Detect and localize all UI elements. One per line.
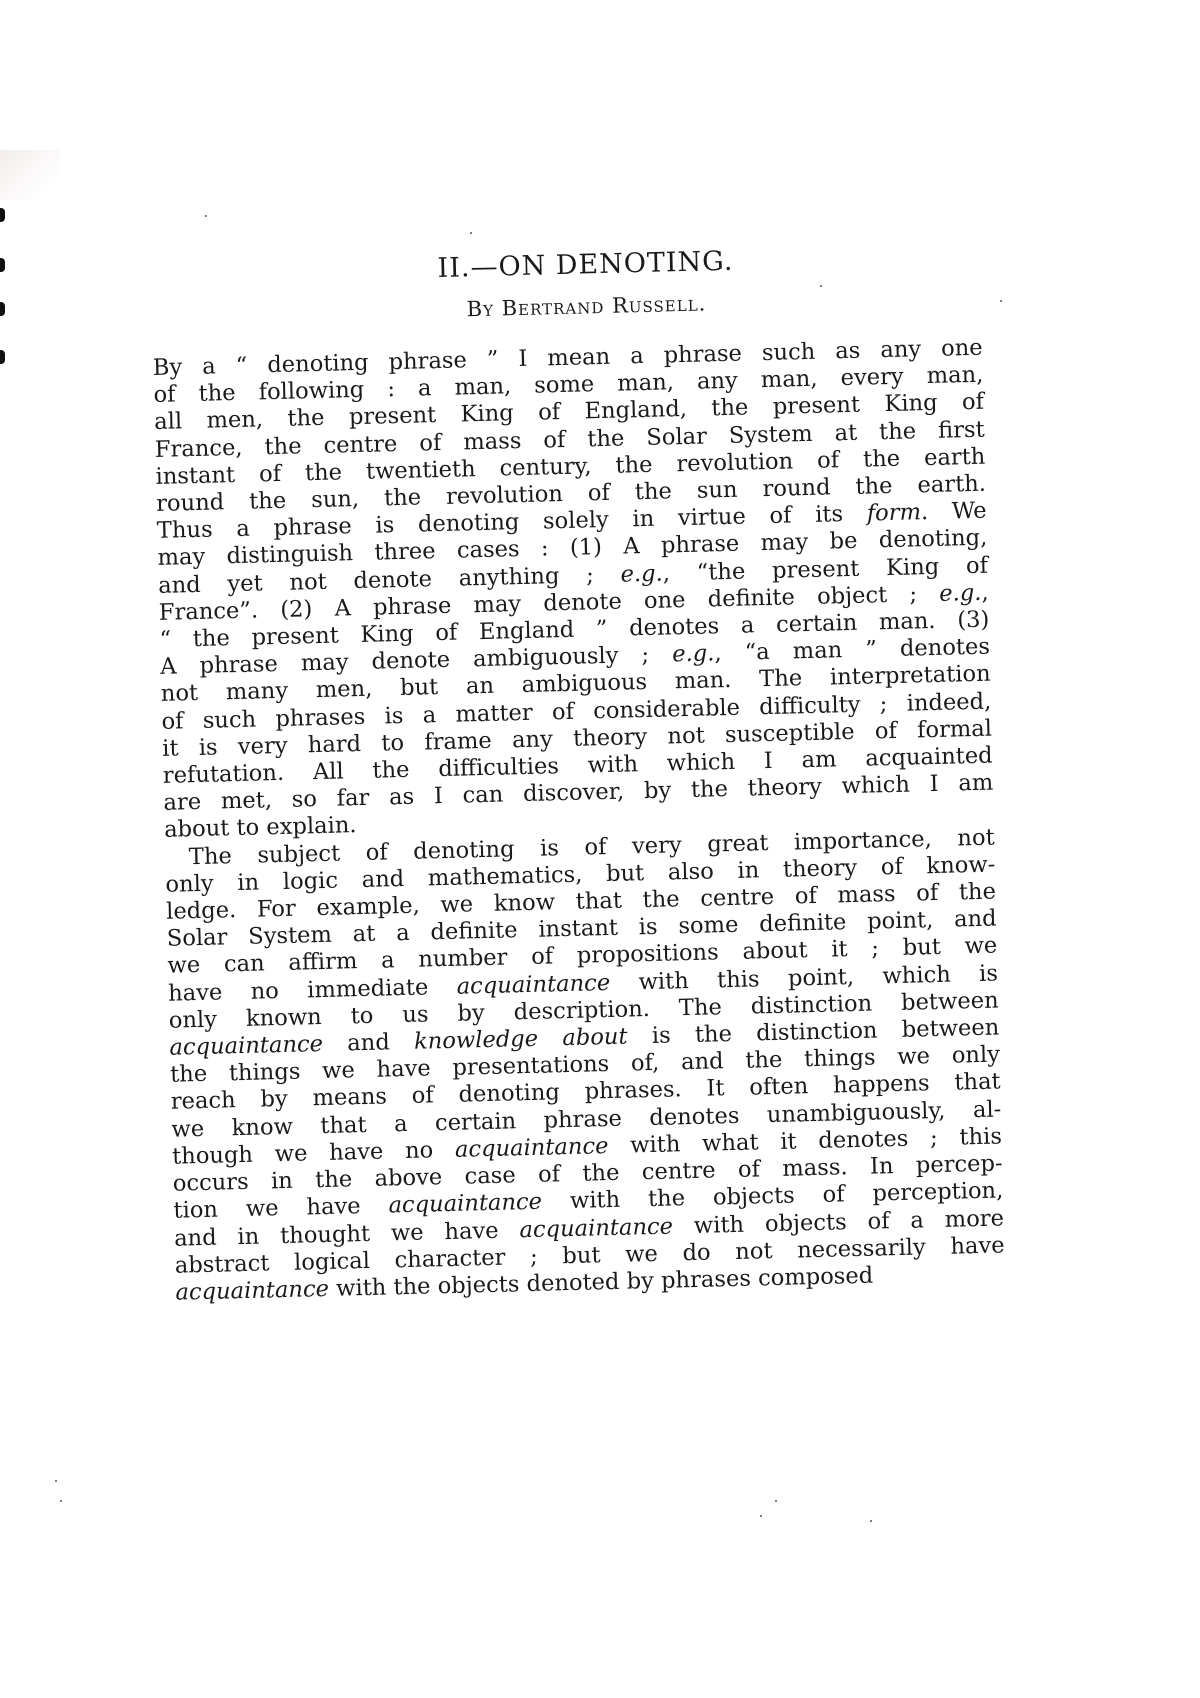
paragraph-2: The subject of denoting is of very great… — [165, 824, 1006, 1307]
article-byline: By Bertrand Russell. — [191, 285, 981, 328]
scan-smudge — [0, 150, 60, 200]
binding-mark — [0, 258, 5, 272]
article-title: II.—ON DENOTING. — [190, 240, 981, 290]
binding-mark — [0, 350, 5, 364]
binding-mark — [0, 208, 5, 222]
paragraph-1: By a “ denoting phrase ” I mean a phrase… — [153, 335, 995, 845]
binding-mark — [0, 302, 5, 316]
document-page: II.—ON DENOTING. By Bertrand Russell. By… — [150, 230, 1006, 1307]
